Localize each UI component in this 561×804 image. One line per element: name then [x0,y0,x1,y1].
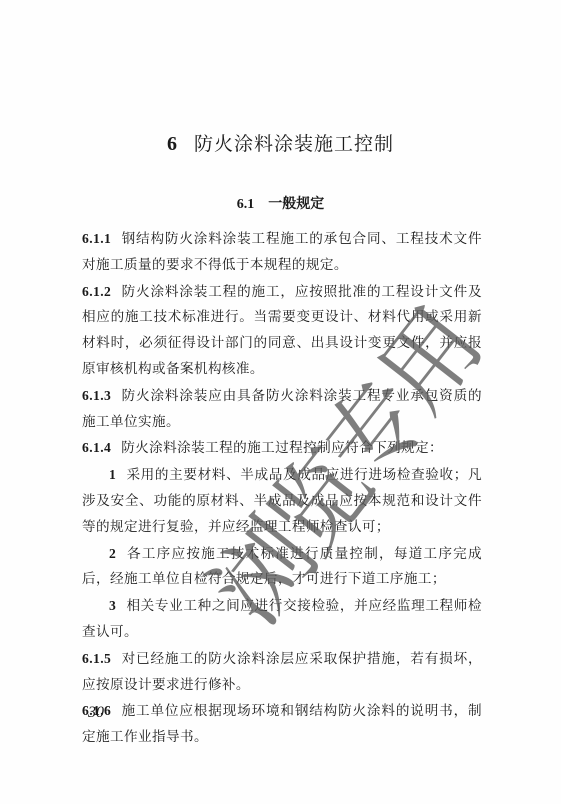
clause-number: 6.1.3 [82,388,111,403]
clause-6-1-4-item-1: 1采用的主要材料、半成品及成品应进行进场检查验收；凡涉及安全、功能的原材料、半成… [82,462,482,540]
clause-text: 钢结构防火涂料涂装工程施工的承包合同、工程技术文件对施工质量的要求不得低于本规程… [82,231,482,273]
clause-text: 防火涂料涂装工程的施工过程控制应符合下列规定： [121,440,443,456]
clause-6-1-3: 6.1.3防火涂料涂装应由具备防火涂料涂装工程专业承包资质的施工单位实施。 [82,383,482,436]
clause-number: 6.1.2 [82,284,111,299]
chapter-title-text: 防火涂料涂装施工控制 [194,133,394,155]
item-number: 1 [109,467,116,482]
chapter-number: 6 [167,133,178,155]
clause-number: 6.1.5 [82,651,111,666]
clause-6-1-5: 6.1.5对已经施工的防火涂料涂层应采取保护措施，若有损坏，应按原设计要求进行修… [82,646,482,699]
item-text: 相关专业工种之间应进行交接检验，并应经监理工程师检查认可。 [82,598,482,640]
section-title-text: 一般规定 [268,196,324,212]
page-number: 30 [88,704,104,722]
clause-6-1-2: 6.1.2防火涂料涂装工程的施工，应按照批准的工程设计文件及相应的施工技术标准进… [82,279,482,383]
clause-text: 施工单位应根据现场环境和钢结构防火涂料的说明书，制定施工作业指导书。 [82,703,482,745]
clause-number: 6.1.1 [82,231,111,246]
clause-text: 对已经施工的防火涂料涂层应采取保护措施，若有损坏，应按原设计要求进行修补。 [82,651,482,693]
clause-6-1-4-item-2: 2各工序应按施工技术标准进行质量控制，每道工序完成后，经施工单位自检符合规定后，… [82,541,482,594]
clause-text: 防火涂料涂装工程的施工，应按照批准的工程设计文件及相应的施工技术标准进行。当需要… [82,284,482,377]
item-number: 3 [109,598,116,613]
clause-6-1-4: 6.1.4防火涂料涂装工程的施工过程控制应符合下列规定： [82,435,482,462]
item-text: 采用的主要材料、半成品及成品应进行进场检查验收；凡涉及安全、功能的原材料、半成品… [82,467,482,535]
clause-number: 6.1.4 [82,440,111,455]
chapter-title: 6防火涂料涂装施工控制 [0,129,561,156]
document-body: 6.1.1钢结构防火涂料涂装工程施工的承包合同、工程技术文件对施工质量的要求不得… [82,226,482,751]
clause-6-1-6: 6.1.6施工单位应根据现场环境和钢结构防火涂料的说明书，制定施工作业指导书。 [82,698,482,751]
document-page: 6防火涂料涂装施工控制 6.1一般规定 6.1.1钢结构防火涂料涂装工程施工的承… [0,0,561,804]
clause-text: 防火涂料涂装应由具备防火涂料涂装工程专业承包资质的施工单位实施。 [82,388,482,430]
clause-6-1-1: 6.1.1钢结构防火涂料涂装工程施工的承包合同、工程技术文件对施工质量的要求不得… [82,226,482,279]
section-number: 6.1 [237,197,255,212]
section-title: 6.1一般规定 [0,193,561,213]
item-text: 各工序应按施工技术标准进行质量控制，每道工序完成后，经施工单位自检符合规定后，才… [82,546,482,588]
clause-6-1-4-item-3: 3相关专业工种之间应进行交接检验，并应经监理工程师检查认可。 [82,593,482,646]
item-number: 2 [109,546,116,561]
